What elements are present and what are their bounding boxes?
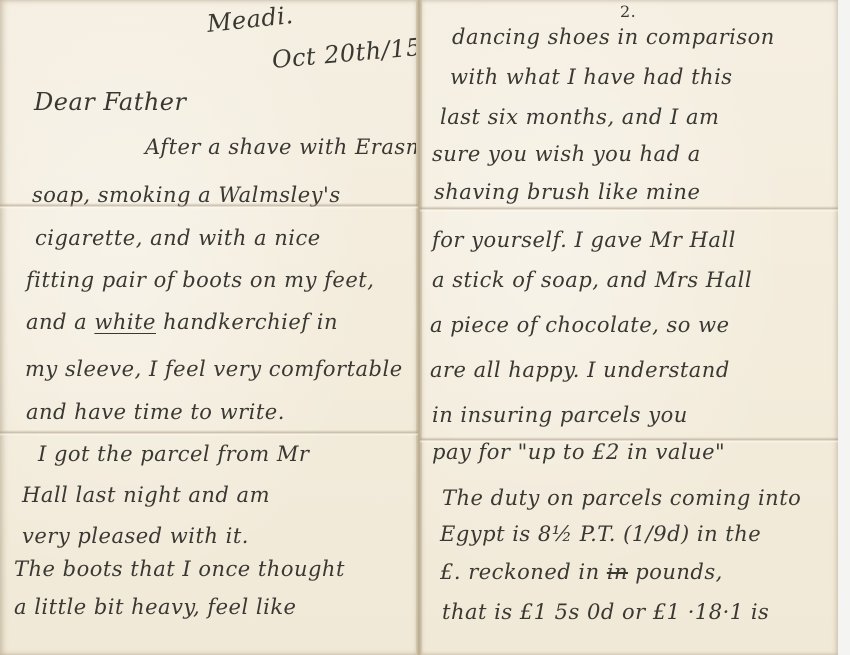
letter-line: are all happy. I understand: [430, 358, 730, 382]
letter-line: a stick of soap, and Mrs Hall: [432, 268, 752, 292]
letter-line: and a white handkerchief in: [26, 310, 338, 334]
letter-line: Hall last night and am: [22, 483, 270, 507]
letter-line: for yourself. I gave Mr Hall: [432, 228, 736, 252]
fold-crease: [0, 430, 418, 436]
letter-text: handkerchief in: [163, 310, 338, 334]
letter-scan: Meadi. Oct 20th/15. Dear Father After a …: [0, 0, 850, 655]
letter-place: Meadi.: [206, 1, 295, 38]
letter-line: pay for "up to £2 in value": [432, 440, 725, 464]
fold-crease: [420, 437, 838, 443]
letter-line: that is £1 5s 0d or £1 ·18·1 is: [442, 600, 769, 624]
letter-line: dancing shoes in comparison: [452, 25, 775, 49]
letter-text: pounds,: [635, 560, 723, 584]
letter-line: very pleased with it.: [22, 524, 249, 548]
letter-line: £. reckoned in in pounds,: [440, 560, 723, 584]
crossed-out-word: in: [607, 560, 628, 584]
letter-line: and have time to write.: [26, 400, 285, 424]
letter-text: and a: [26, 310, 87, 334]
fold-crease: [420, 206, 838, 212]
letter-line: cigarette, and with a nice: [35, 226, 321, 250]
letter-line: my sleeve, I feel very comfortable: [25, 357, 403, 381]
letter-salutation: Dear Father: [34, 88, 186, 116]
letter-line: After a shave with Erasmic: [145, 135, 418, 159]
letter-line: with what I have had this: [450, 65, 733, 89]
letter-text: £. reckoned in: [440, 560, 600, 584]
page-number: 2.: [620, 2, 636, 21]
underlined-word: white: [94, 310, 156, 334]
letter-line: in insuring parcels you: [432, 403, 688, 427]
letter-page-2: 2. dancing shoes in comparison with what…: [420, 0, 838, 655]
letter-page-1: Meadi. Oct 20th/15. Dear Father After a …: [0, 0, 418, 655]
page-spine: [416, 0, 422, 655]
letter-line: shaving brush like mine: [434, 180, 700, 204]
letter-line: fitting pair of boots on my feet,: [26, 268, 374, 292]
letter-line: Egypt is 8½ P.T. (1/9d) in the: [440, 522, 761, 546]
letter-line: I got the parcel from Mr: [38, 442, 309, 466]
letter-line: The duty on parcels coming into: [442, 486, 801, 510]
letter-line: a piece of chocolate, so we: [430, 313, 730, 337]
scan-margin: [838, 0, 850, 655]
letter-date: Oct 20th/15.: [271, 32, 418, 74]
letter-line: a little bit heavy, feel like: [14, 595, 296, 619]
fold-crease: [0, 203, 418, 209]
letter-line: The boots that I once thought: [14, 557, 345, 581]
letter-line: last six months, and I am: [440, 105, 719, 129]
letter-line: sure you wish you had a: [432, 142, 701, 166]
